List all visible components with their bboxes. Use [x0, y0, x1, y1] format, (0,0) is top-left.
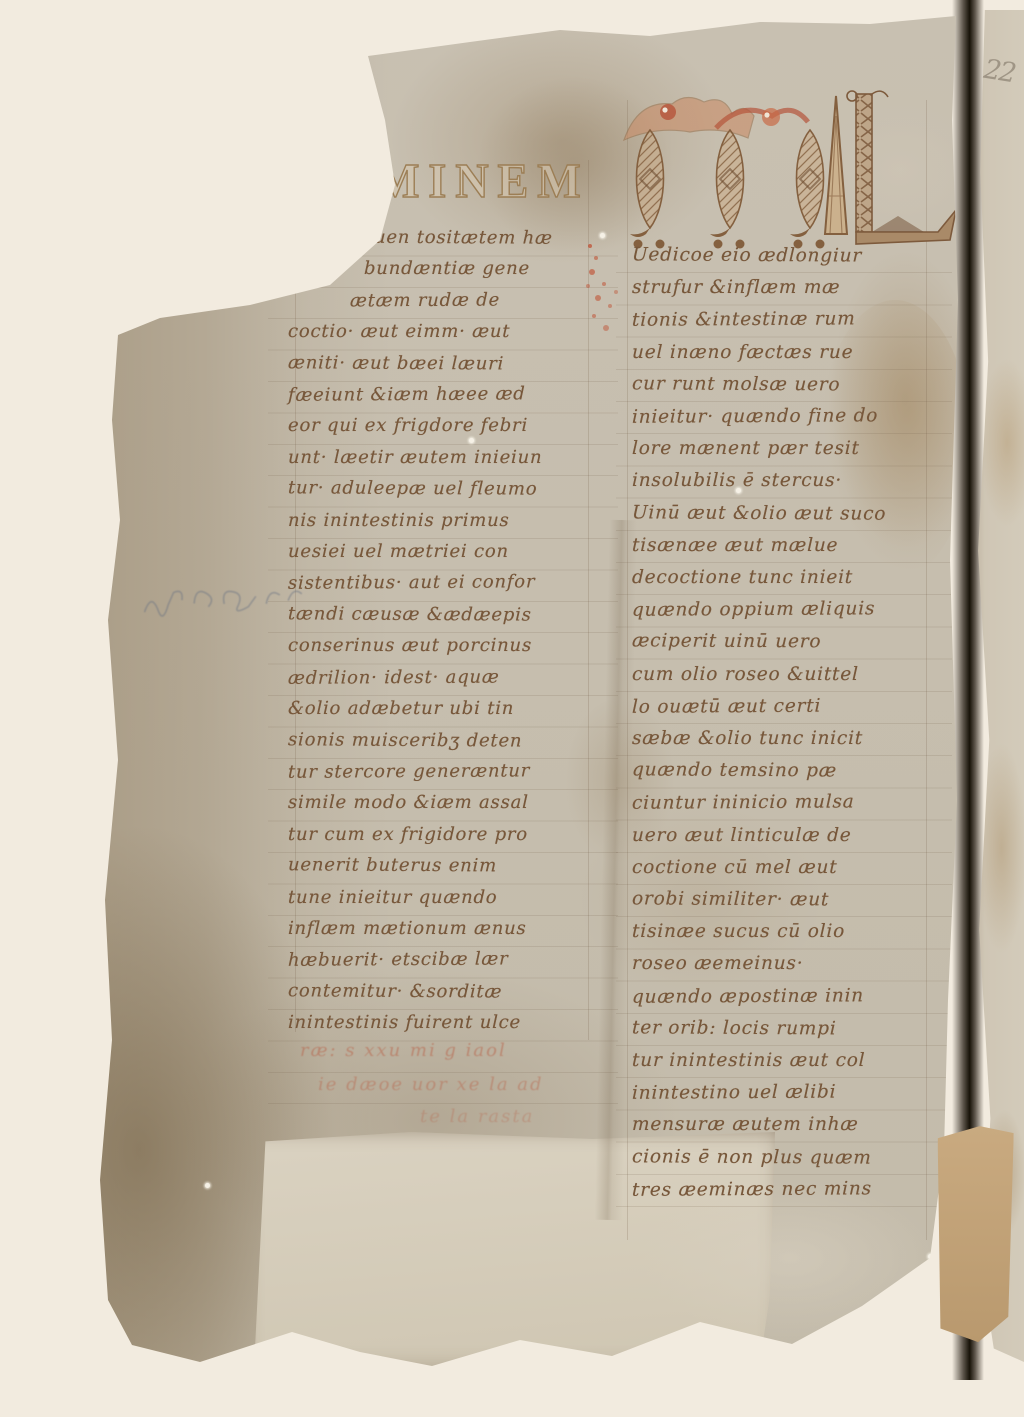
rubric-line: ie dæoe uor xe la ad: [318, 1074, 544, 1095]
manuscript-line: tændi cæusæ &ædæepis: [288, 598, 554, 631]
beast-head-ornament: [624, 97, 754, 140]
left-text-column: uen tositætem hæbundæntiæ geneætæm rudæ …: [288, 222, 553, 1039]
tan-repair-strip: [934, 1125, 1014, 1342]
manuscript-line: nis inintestinis primus: [288, 505, 554, 536]
manuscript-line: quændo temsino pæ: [632, 755, 887, 789]
manuscript-line: tur inintestinis æut col: [632, 1045, 887, 1077]
folio-number-mark: 22: [982, 54, 1017, 89]
manuscript-line: sæbæ &olio tunc inicit: [632, 723, 887, 755]
column-bounding-line: [926, 100, 927, 1240]
manuscript-line: inflæm mætionum ænus: [288, 913, 554, 944]
manuscript-line: decoctione tunc inieit: [632, 562, 887, 594]
manuscript-line: conserinus æut porcinus: [288, 630, 554, 661]
manuscript-line: lore mænent pær tesit: [632, 433, 887, 465]
manuscript-line: unt· læetir æutem inieiun: [288, 442, 554, 473]
manuscript-line: insolubilis ē stercus·: [632, 465, 887, 497]
manuscript-line: quændo æpostinæ inin: [632, 980, 887, 1014]
manuscript-line: uel inæno fæctæs rue: [632, 337, 887, 369]
manuscript-line: tres æeminæs nec mins: [632, 1173, 887, 1207]
right-text-column: Uedicoe eio ædlongiurstrufur &inflæm mæt…: [632, 240, 886, 1206]
manuscript-line: ætæm rudæ de: [288, 284, 553, 317]
manuscript-line: eor qui ex frigdore febri: [288, 410, 554, 441]
faint-shelfmark-scribble: [137, 574, 309, 627]
rubric-line: te la rasta: [420, 1106, 534, 1127]
manuscript-line: inintestino uel ælibi: [632, 1077, 887, 1111]
rubric-line: ræ: s xxu mi g iaol: [300, 1040, 507, 1061]
manuscript-line: bundæntiæ gene: [288, 253, 554, 284]
red-pigment-speckles: [588, 244, 592, 248]
manuscript-line: uesiei uel mætriei con: [288, 536, 554, 567]
manuscript-line: lo ouætū æut certi: [632, 690, 887, 724]
manuscript-scan: { "palette": { "backing_cream": "#f2ebdf…: [0, 0, 1024, 1417]
manuscript-line: hæbuerit· etscibæ lær: [288, 944, 553, 977]
manuscript-line: Uedicoe eio ædlongiur: [632, 239, 887, 273]
wormhole: [928, 1254, 933, 1259]
manuscript-line: fæeiunt &iæm hæee æd: [288, 378, 553, 411]
manuscript-line: tisænæe æut mælue: [632, 530, 887, 562]
manuscript-line: uenerit buterus enim: [288, 849, 554, 882]
manuscript-line: cum olio roseo &uittel: [632, 659, 887, 691]
wormhole: [469, 438, 474, 443]
manuscript-line: Uinū æut &olio æut suco: [632, 497, 887, 531]
manuscript-line: tisinæe sucus cū olio: [632, 916, 887, 948]
manuscript-line: sistentibus· aut ei confor: [288, 567, 553, 600]
manuscript-line: æciperit uinū uero: [632, 626, 887, 660]
parchment-leaf: MINEM: [0, 0, 1024, 1417]
manuscript-line: roseo æemeinus·: [632, 948, 887, 980]
manuscript-line: mensuræ æutem inhæ: [632, 1109, 887, 1141]
wormhole: [736, 488, 741, 493]
manuscript-line: uen tositætem hæ: [288, 221, 554, 254]
manuscript-line: uero æut linticulæ de: [632, 820, 887, 852]
interlace-initial-ML: [620, 86, 960, 264]
manuscript-line: cur runt molsæ uero: [632, 368, 887, 402]
manuscript-line: strufur &inflæm mæ: [632, 272, 887, 304]
manuscript-line: contemitur· &sorditæ: [288, 975, 554, 1008]
manuscript-line: sionis muisceribʒ deten: [288, 724, 554, 757]
manuscript-line: tionis &intestinæ rum: [632, 304, 887, 338]
column-bounding-line: [588, 160, 589, 1040]
wormhole: [205, 1183, 210, 1188]
manuscript-line: æniti· æut bæei læuri: [288, 347, 554, 380]
manuscript-line: coctione cū mel æut: [632, 852, 887, 884]
manuscript-line: inintestinis fuirent ulce: [288, 1007, 554, 1038]
manuscript-line: cionis ē non plus quæm: [632, 1141, 887, 1175]
column-bounding-line: [627, 100, 628, 1240]
manuscript-line: orobi similiter· æut: [632, 883, 887, 917]
manuscript-line: tur cum ex frigidore pro: [288, 819, 554, 850]
manuscript-line: tune inieitur quændo: [288, 882, 554, 913]
manuscript-line: simile modo &iæm assal: [288, 787, 554, 818]
manuscript-line: ter orib: locis rumpi: [632, 1012, 887, 1046]
manuscript-line: ciuntur ininicio mulsa: [632, 787, 887, 821]
manuscript-line: &olio adæbetur ubi tin: [288, 693, 554, 724]
manuscript-line: ædrilion· idest· aquæ: [288, 661, 553, 694]
manuscript-line: quændo oppium æliquis: [632, 593, 887, 627]
manuscript-line: coctio· æut eimm· æut: [288, 316, 554, 347]
manuscript-line: tur· aduleepæ uel fleumo: [288, 473, 554, 506]
display-capitals-heading: MINEM: [376, 153, 590, 209]
manuscript-line: inieitur· quændo fine do: [632, 400, 887, 434]
wormhole: [600, 233, 605, 238]
manuscript-line: tur stercore generæntur: [288, 755, 553, 788]
